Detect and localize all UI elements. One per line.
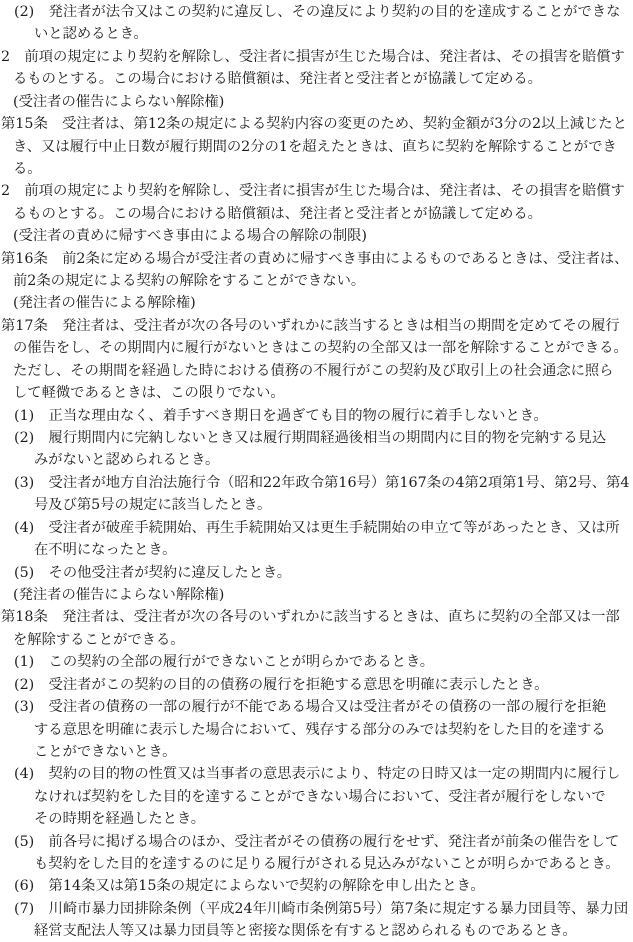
text-line: 第17条 発注者は、受注者が次の各号のいずれかに該当するときは相当の期間を定めて… — [0, 315, 633, 337]
text-line: 経営支配法人等又は暴力団員等と密接な関係を有すると認められるものであるとき。 — [0, 920, 633, 942]
text-line: (6) 第14条又は第15条の規定によらないで契約の解除を申し出たとき。 — [0, 875, 633, 897]
text-line: (1) この契約の全部の履行ができないことが明らかであるとき。 — [0, 651, 633, 673]
text-line: する意思を明確に表示した場合において、残存する部分のみでは契約をした目的を達する — [0, 719, 633, 741]
text-line: ただし、その期間を経過した時における債務の不履行がこの契約及び取引上の社会通念に… — [0, 360, 633, 382]
text-line: るものとする。この場合における賠償額は、発注者と受注者とが協議して定める。 — [0, 68, 633, 90]
text-line: 第16条 前2条に定める場合が受注者の責めに帰すべき事由によるものであるときは、… — [0, 248, 633, 270]
text-line: (4) 契約の目的物の性質又は当事者の意思表示により、特定の日時又は一定の期間内… — [0, 763, 633, 785]
text-line: いと認めるとき。 — [0, 23, 633, 45]
text-line: (3) 受注者の債務の一部の履行が不能である場合又は受注者がその債務の一部の履行… — [0, 696, 633, 718]
text-line: (3) 受注者が地方自治法施行令（昭和22年政令第16号）第167条の4第2項第… — [0, 472, 633, 494]
text-line: 第15条 受注者は、第12条の規定による契約内容の変更のため、契約金額が3分の2… — [0, 113, 633, 135]
text-line: みがないと認められるとき。 — [0, 449, 633, 471]
text-line: (受注者の催告によらない解除権) — [0, 91, 633, 113]
text-line: 前2条の規定による契約の解除をすることができない。 — [0, 270, 633, 292]
document-page: (2) 発注者が法令又はこの契約に違反し、その違反により契約の目的を達成すること… — [0, 0, 633, 942]
text-line: 在不明になったとき。 — [0, 539, 633, 561]
text-line: (発注者の催告による解除権) — [0, 292, 633, 314]
text-line: (発注者の催告によらない解除権) — [0, 584, 633, 606]
text-line: 第18条 発注者は、受注者が次の各号のいずれかに該当するときは、直ちに契約の全部… — [0, 606, 633, 628]
text-line: る。 — [0, 158, 633, 180]
text-line: 2 前項の規定により契約を解除し、受注者に損害が生じた場合は、発注者は、その損害… — [0, 46, 633, 68]
text-line: その時期を経過したとき。 — [0, 808, 633, 830]
text-line: (2) 発注者が法令又はこの契約に違反し、その違反により契約の目的を達成すること… — [0, 1, 633, 23]
text-line: き、又は履行中止日数が履行期間の2分の1を超えたときは、直ちに契約を解除すること… — [0, 136, 633, 158]
text-line: の催告をし、その期間内に履行がないときはこの契約の全部又は一部を解除することがで… — [0, 337, 633, 359]
contract-text-body: (2) 発注者が法令又はこの契約に違反し、その違反により契約の目的を達成すること… — [0, 1, 633, 942]
text-line: (受注者の責めに帰すべき事由による場合の解除の制限) — [0, 225, 633, 247]
text-line: るものとする。この場合における賠償額は、発注者と受注者とが協議して定める。 — [0, 203, 633, 225]
text-line: 2 前項の規定により契約を解除し、受注者に損害が生じた場合は、発注者は、その損害… — [0, 180, 633, 202]
text-line: (4) 受注者が破産手続開始、再生手続開始又は更生手続開始の申立て等があったとき… — [0, 517, 633, 539]
text-line: を解除することができる。 — [0, 629, 633, 651]
text-line: (2) 受注者がこの契約の目的の債務の履行を拒絶する意思を明確に表示したとき。 — [0, 674, 633, 696]
text-line: (5) 前各号に掲げる場合のほか、受注者がその債務の履行をせず、発注者が前条の催… — [0, 831, 633, 853]
text-line: (7) 川崎市暴力団排除条例（平成24年川崎市条例第5号）第7条に規定する暴力団… — [0, 898, 633, 920]
text-line: も契約をした目的を達するのに足りる履行がされる見込みがないことが明らかであるとき… — [0, 853, 633, 875]
text-line: (5) その他受注者が契約に違反したとき。 — [0, 562, 633, 584]
text-line: ことができないとき。 — [0, 741, 633, 763]
text-line: (2) 履行期間内に完納しないとき又は履行期間経過後相当の期間内に目的物を完納す… — [0, 427, 633, 449]
text-line: して軽微であるときは、この限りでない。 — [0, 382, 633, 404]
text-line: (1) 正当な理由なく、着手すべき期日を過ぎても目的物の履行に着手しないとき。 — [0, 405, 633, 427]
text-line: 号及び第5号の規定に該当したとき。 — [0, 494, 633, 516]
text-line: なければ契約をした目的を達することができない場合において、受注者が履行をしないで — [0, 786, 633, 808]
